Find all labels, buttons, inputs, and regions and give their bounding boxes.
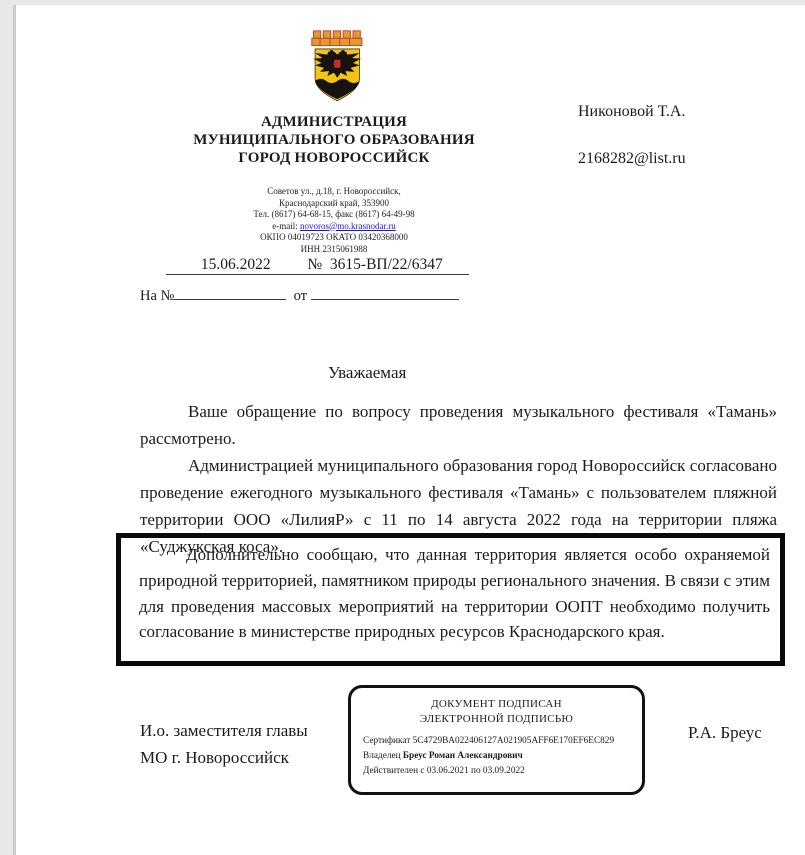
salutation: Уважаемая [328, 363, 406, 383]
recipient-email: 2168282@list.ru [578, 150, 686, 168]
coat-of-arms-icon [296, 30, 372, 109]
stamp-validity-line: Действителен с 03.06.2021 по 03.09.2022 [363, 764, 630, 779]
stamp-title: ДОКУМЕНТ ПОДПИСАН ЭЛЕКТРОННОЙ ПОДПИСЬЮ [363, 697, 630, 726]
signer-position-line2: МО г. Новороссийск [140, 744, 308, 771]
stamp-certificate-line: Сертификат 5C4729BA022406127A021905AFF6E… [363, 734, 630, 749]
owner-label: Владелец [363, 751, 403, 761]
org-name-line1: АДМИНИСТРАЦИЯ [134, 113, 534, 131]
letterhead: АДМИНИСТРАЦИЯ МУНИЦИПАЛЬНОГО ОБРАЗОВАНИЯ… [134, 30, 534, 255]
certificate-label: Сертификат [363, 736, 413, 746]
org-email-link[interactable]: novoros@mo.krasnodar.ru [300, 221, 396, 231]
org-name-line3: ГОРОД НОВОРОССИЙСК [134, 149, 534, 167]
address-phone: Тел. (8617) 64-68-15, факс (8617) 64-49-… [134, 209, 534, 221]
address-email-line: e-mail: novoros@mo.krasnodar.ru [134, 221, 534, 233]
blank-line [174, 285, 286, 300]
blank-line [311, 285, 459, 300]
letter-number: № 3615-ВП/22/6347 [305, 256, 469, 274]
body-paragraph-1: Ваше обращение по вопросу проведения муз… [140, 398, 777, 452]
certificate-value: 5C4729BA022406127A021905AFF6E170EF6EC829 [413, 736, 614, 746]
reply-from-label: от [294, 288, 307, 304]
number-sign: № [307, 256, 322, 273]
org-codes: ОКПО 04019723 ОКАТО 03420368000 [134, 232, 534, 244]
letter-date: 15.06.2022 [166, 256, 305, 274]
recipient-name: Никоновой Т.А. [578, 103, 686, 121]
recipient-block: Никоновой Т.А. 2168282@list.ru [578, 103, 686, 168]
signer-name: Р.А. Бреус [688, 723, 762, 743]
org-address-block: Советов ул., д.18, г. Новороссийск, Крас… [134, 186, 534, 255]
stamp-title-line2: ЭЛЕКТРОННОЙ ПОДПИСЬЮ [363, 712, 630, 727]
highlighted-paragraph: Дополнительно сообщаю, что данная террит… [139, 542, 770, 645]
electronic-signature-stamp: ДОКУМЕНТ ПОДПИСАН ЭЛЕКТРОННОЙ ПОДПИСЬЮ С… [348, 685, 645, 795]
address-street: Советов ул., д.18, г. Новороссийск, [134, 186, 534, 198]
document-page: АДМИНИСТРАЦИЯ МУНИЦИПАЛЬНОГО ОБРАЗОВАНИЯ… [13, 5, 805, 855]
org-name-line2: МУНИЦИПАЛЬНОГО ОБРАЗОВАНИЯ [134, 131, 534, 149]
highlighted-paragraph-box: Дополнительно сообщаю, что данная террит… [116, 533, 785, 666]
reply-reference-line: На № от [140, 285, 459, 305]
email-label: e-mail: [272, 221, 300, 231]
address-region: Краснодарский край, 353900 [134, 198, 534, 210]
stamp-title-line1: ДОКУМЕНТ ПОДПИСАН [363, 697, 630, 712]
stamp-details: Сертификат 5C4729BA022406127A021905AFF6E… [363, 734, 630, 779]
stamp-owner-line: Владелец Бреус Роман Александрович [363, 749, 630, 764]
reply-label: На № [140, 288, 174, 304]
owner-name: Бреус Роман Александрович [403, 751, 523, 761]
number-value: 3615-ВП/22/6347 [330, 256, 443, 273]
signer-position: И.о. заместителя главы МО г. Новороссийс… [140, 717, 308, 771]
signer-position-line1: И.о. заместителя главы [140, 717, 308, 744]
reference-line: 15.06.2022 № 3615-ВП/22/6347 [166, 252, 469, 275]
